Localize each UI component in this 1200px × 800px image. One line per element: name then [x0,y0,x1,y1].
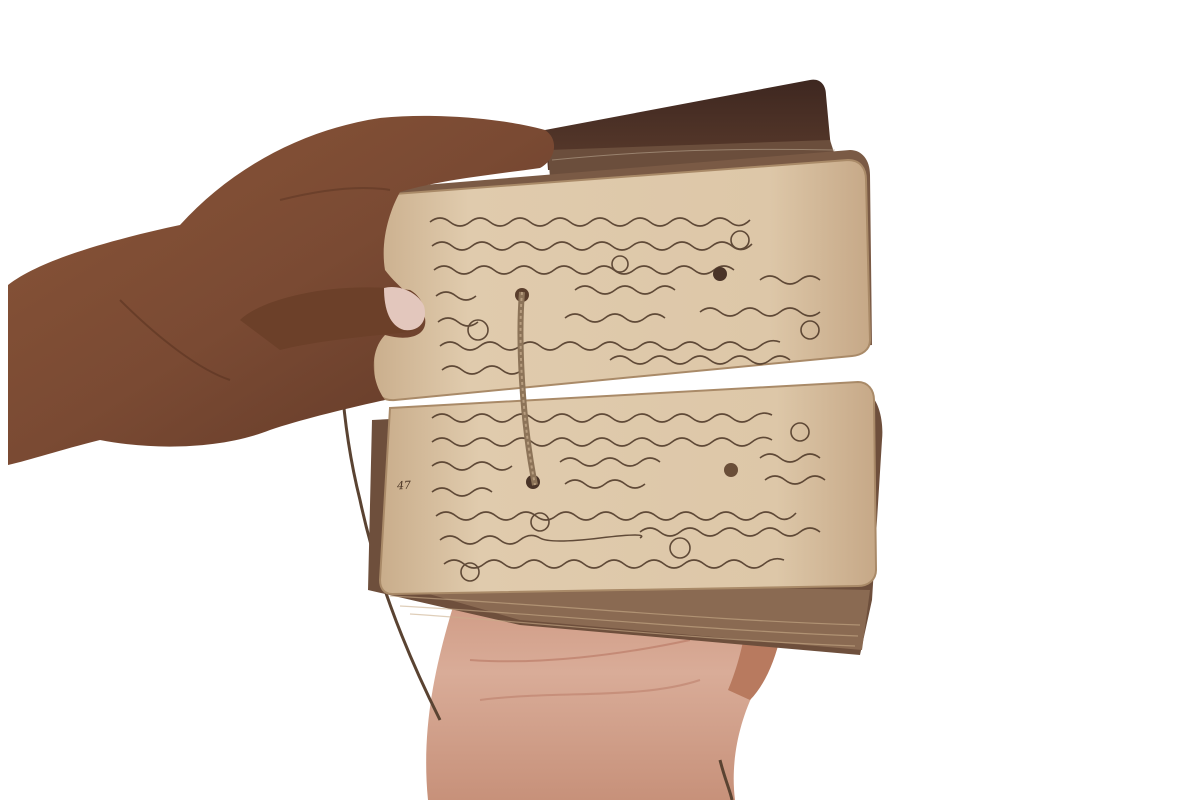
photo-illustration [0,0,1200,800]
lower-palm-leaf [380,382,876,594]
manuscript-photo: 47 Palm-leaf manuscript held open in two… [0,0,1200,800]
folio-number: 47 [397,479,412,493]
string-hole-lower-right [724,463,738,477]
upper-palm-leaf [368,160,870,400]
string-hole-upper-right [713,267,727,281]
